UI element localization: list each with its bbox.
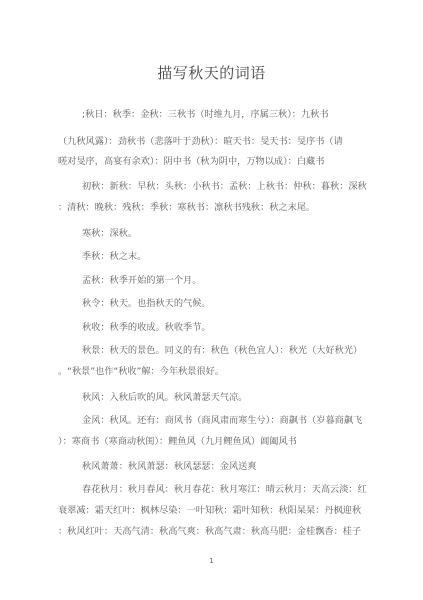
text-line: （九秋风露）：劲秋书（悲落叶于劲秋）：暄天书：旻天书：旻序书（请 xyxy=(58,136,343,148)
text-line: 孟秋：秋季开始的第一个月。 xyxy=(82,275,201,287)
text-line: 秋景：秋天的景色。同义的有：秋色（秋色宜人）：秋光（大好秋光） xyxy=(82,345,362,357)
document-page: 描写秋天的词语 ;秋日：秋季：金秋：三秋书（时维九月，序属三秋）：九秋书 （九秋… xyxy=(0,0,423,600)
text-line: 初秋：新秋：早秋：头秋：小秋书：孟秋：上秋书：仲秋：暮秋：深秋 xyxy=(82,181,367,193)
text-line: 嗟对旻序，高宴有余欢）：阴中书（秋为阴中，万物以成）：白藏书 xyxy=(58,156,324,168)
text-line: 寒秋：深秋。 xyxy=(82,228,137,240)
text-line: 秋风：入秋后吹的风。秋风萧瑟天气凉。 xyxy=(82,392,247,404)
text-line: ：清秋：晚秋：残秋：季秋：寒秋书：凛秋书残秋：秋之末尾。 xyxy=(58,202,315,214)
text-line: ：秋风红叶：天高气清：秋高气爽：秋高气肃：秋高马肥：金桂飘香：桂子 xyxy=(58,526,361,538)
text-line: 金风：秋风。还有：商风书（商风肃而寒生兮）：商飙书（岁暮商飙飞 xyxy=(82,415,362,427)
document-title: 描写秋天的词语 xyxy=(0,62,423,83)
text-line: ;秋日：秋季：金秋：三秋书（时维九月，序属三秋）：九秋书 xyxy=(82,109,329,121)
text-line: 季秋：秋之末。 xyxy=(82,251,146,263)
text-line: 秋令：秋天。也指秋天的气候。 xyxy=(82,298,211,310)
text-line: 秋风萧萧：秋风萧瑟：秋风瑟瑟：金风送爽 xyxy=(82,461,257,473)
text-line: ）：寒商书（寒商动秋闺）：鲤鱼风（九月鲤鱼风）阊阖风书 xyxy=(58,436,297,448)
text-line: 春花秋月：秋月春风：秋月春花：秋月寒江：晴云秋月：天高云淡：红 xyxy=(82,484,367,496)
text-line: 衰翠减：霜天红叶：枫林尽染：一叶知秋：霜叶知秋：秋阳杲杲：丹枫迎秋 xyxy=(58,505,361,517)
text-line: 。“秋景”也作“秋收”解：今年秋景很好。 xyxy=(58,366,224,378)
page-number: 1 xyxy=(0,557,423,565)
text-line: 秋收：秋季的收成。秋收季节。 xyxy=(82,322,211,334)
